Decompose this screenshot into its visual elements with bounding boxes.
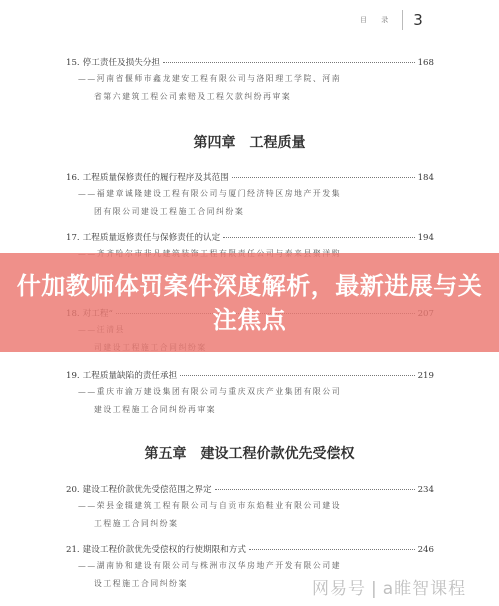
entry-title: 停工责任及损失分担	[83, 56, 160, 68]
chapter-title: 建设工程价款优先受偿权	[201, 446, 355, 462]
leader-dots	[180, 375, 414, 376]
watermark: 网易号|a睢智课程	[312, 574, 466, 599]
chapter-heading: 第五章建设工程价款优先受偿权	[0, 443, 499, 463]
section-label: 目 录	[360, 15, 394, 25]
entry-page: 168	[418, 58, 434, 68]
entry-number: 17.	[66, 233, 80, 243]
toc-entry[interactable]: 19. 工程质量缺陷的责任承担 219 ——重庆市渝万建设集团有限公司与重庆双庆…	[66, 369, 434, 419]
page-number: 3	[413, 11, 423, 29]
leader-dots	[223, 237, 414, 238]
document-page: 目 录 3 15. 停工责任及损失分担 168 ——河南省偃师市鑫龙建安工程有限…	[0, 0, 499, 606]
entry-case-cont: 省第六建筑工程公司索赔及工程欠款纠纷再审案	[66, 88, 434, 106]
entry-title: 工程质量保修责任的履行程序及其范围	[83, 171, 229, 183]
toc-entry[interactable]: 16. 工程质量保修责任的履行程序及其范围 184 ——福建章诚隆建设工程有限公…	[66, 171, 434, 221]
entry-case: ——湖南协和建设有限公司与株洲市汉华房地产开发有限公司建	[66, 557, 434, 575]
entry-case: ——福建章诚隆建设工程有限公司与厦门经济特区房地产开发集	[66, 185, 434, 203]
entry-page: 246	[418, 545, 434, 555]
entry-page: 194	[418, 233, 434, 243]
entry-title: 工程质量缺陷的责任承担	[83, 369, 178, 381]
entry-number: 16.	[66, 173, 80, 183]
entry-title: 建设工程价款优先受偿权的行使期限和方式	[83, 543, 246, 555]
entry-case-cont: 建设工程施工合同纠纷再审案	[66, 401, 434, 419]
watermark-author: a睢智课程	[383, 579, 466, 599]
entry-page: 234	[418, 485, 434, 495]
page-header: 目 录 3	[360, 10, 423, 30]
entry-title: 工程质量返修责任与保修责任的认定	[83, 231, 221, 243]
entry-number: 19.	[66, 371, 80, 381]
leader-dots	[215, 489, 415, 490]
leader-dots	[249, 549, 415, 550]
headline-text: 什加教师体罚案件深度解析，最新进展与关注焦点	[15, 269, 485, 337]
entry-case-cont: 团有限公司建设工程施工合同纠纷案	[66, 203, 434, 221]
entry-page: 184	[418, 173, 434, 183]
entry-case-cont: 工程施工合同纠纷案	[66, 515, 434, 533]
header-divider	[402, 10, 403, 30]
entry-page: 219	[418, 371, 434, 381]
chapter-heading: 第四章工程质量	[0, 132, 499, 152]
entry-case: ——河南省偃师市鑫龙建安工程有限公司与洛阳理工学院、河南	[66, 70, 434, 88]
toc-entry[interactable]: 20. 建设工程价款优先受偿范围之界定 234 ——荣县金辍建筑工程有限公司与自…	[66, 483, 434, 533]
chapter-number: 第五章	[145, 446, 187, 462]
entry-case: ——重庆市渝万建设集团有限公司与重庆双庆产业集团有限公司	[66, 383, 434, 401]
watermark-divider: |	[371, 579, 378, 599]
entry-number: 20.	[66, 485, 80, 495]
leader-dots	[232, 177, 415, 178]
entry-title: 建设工程价款优先受偿范围之界定	[83, 483, 212, 495]
toc-entry[interactable]: 15. 停工责任及损失分担 168 ——河南省偃师市鑫龙建安工程有限公司与洛阳理…	[66, 56, 434, 106]
chapter-title: 工程质量	[250, 135, 306, 151]
entry-number: 15.	[66, 58, 80, 68]
entry-number: 21.	[66, 545, 80, 555]
entry-case: ——荣县金辍建筑工程有限公司与自贡市东焰鞋业有限公司建设	[66, 497, 434, 515]
watermark-source: 网易号	[312, 579, 366, 599]
headline-banner: 什加教师体罚案件深度解析，最新进展与关注焦点	[0, 253, 499, 352]
leader-dots	[163, 62, 415, 63]
chapter-number: 第四章	[194, 135, 236, 151]
